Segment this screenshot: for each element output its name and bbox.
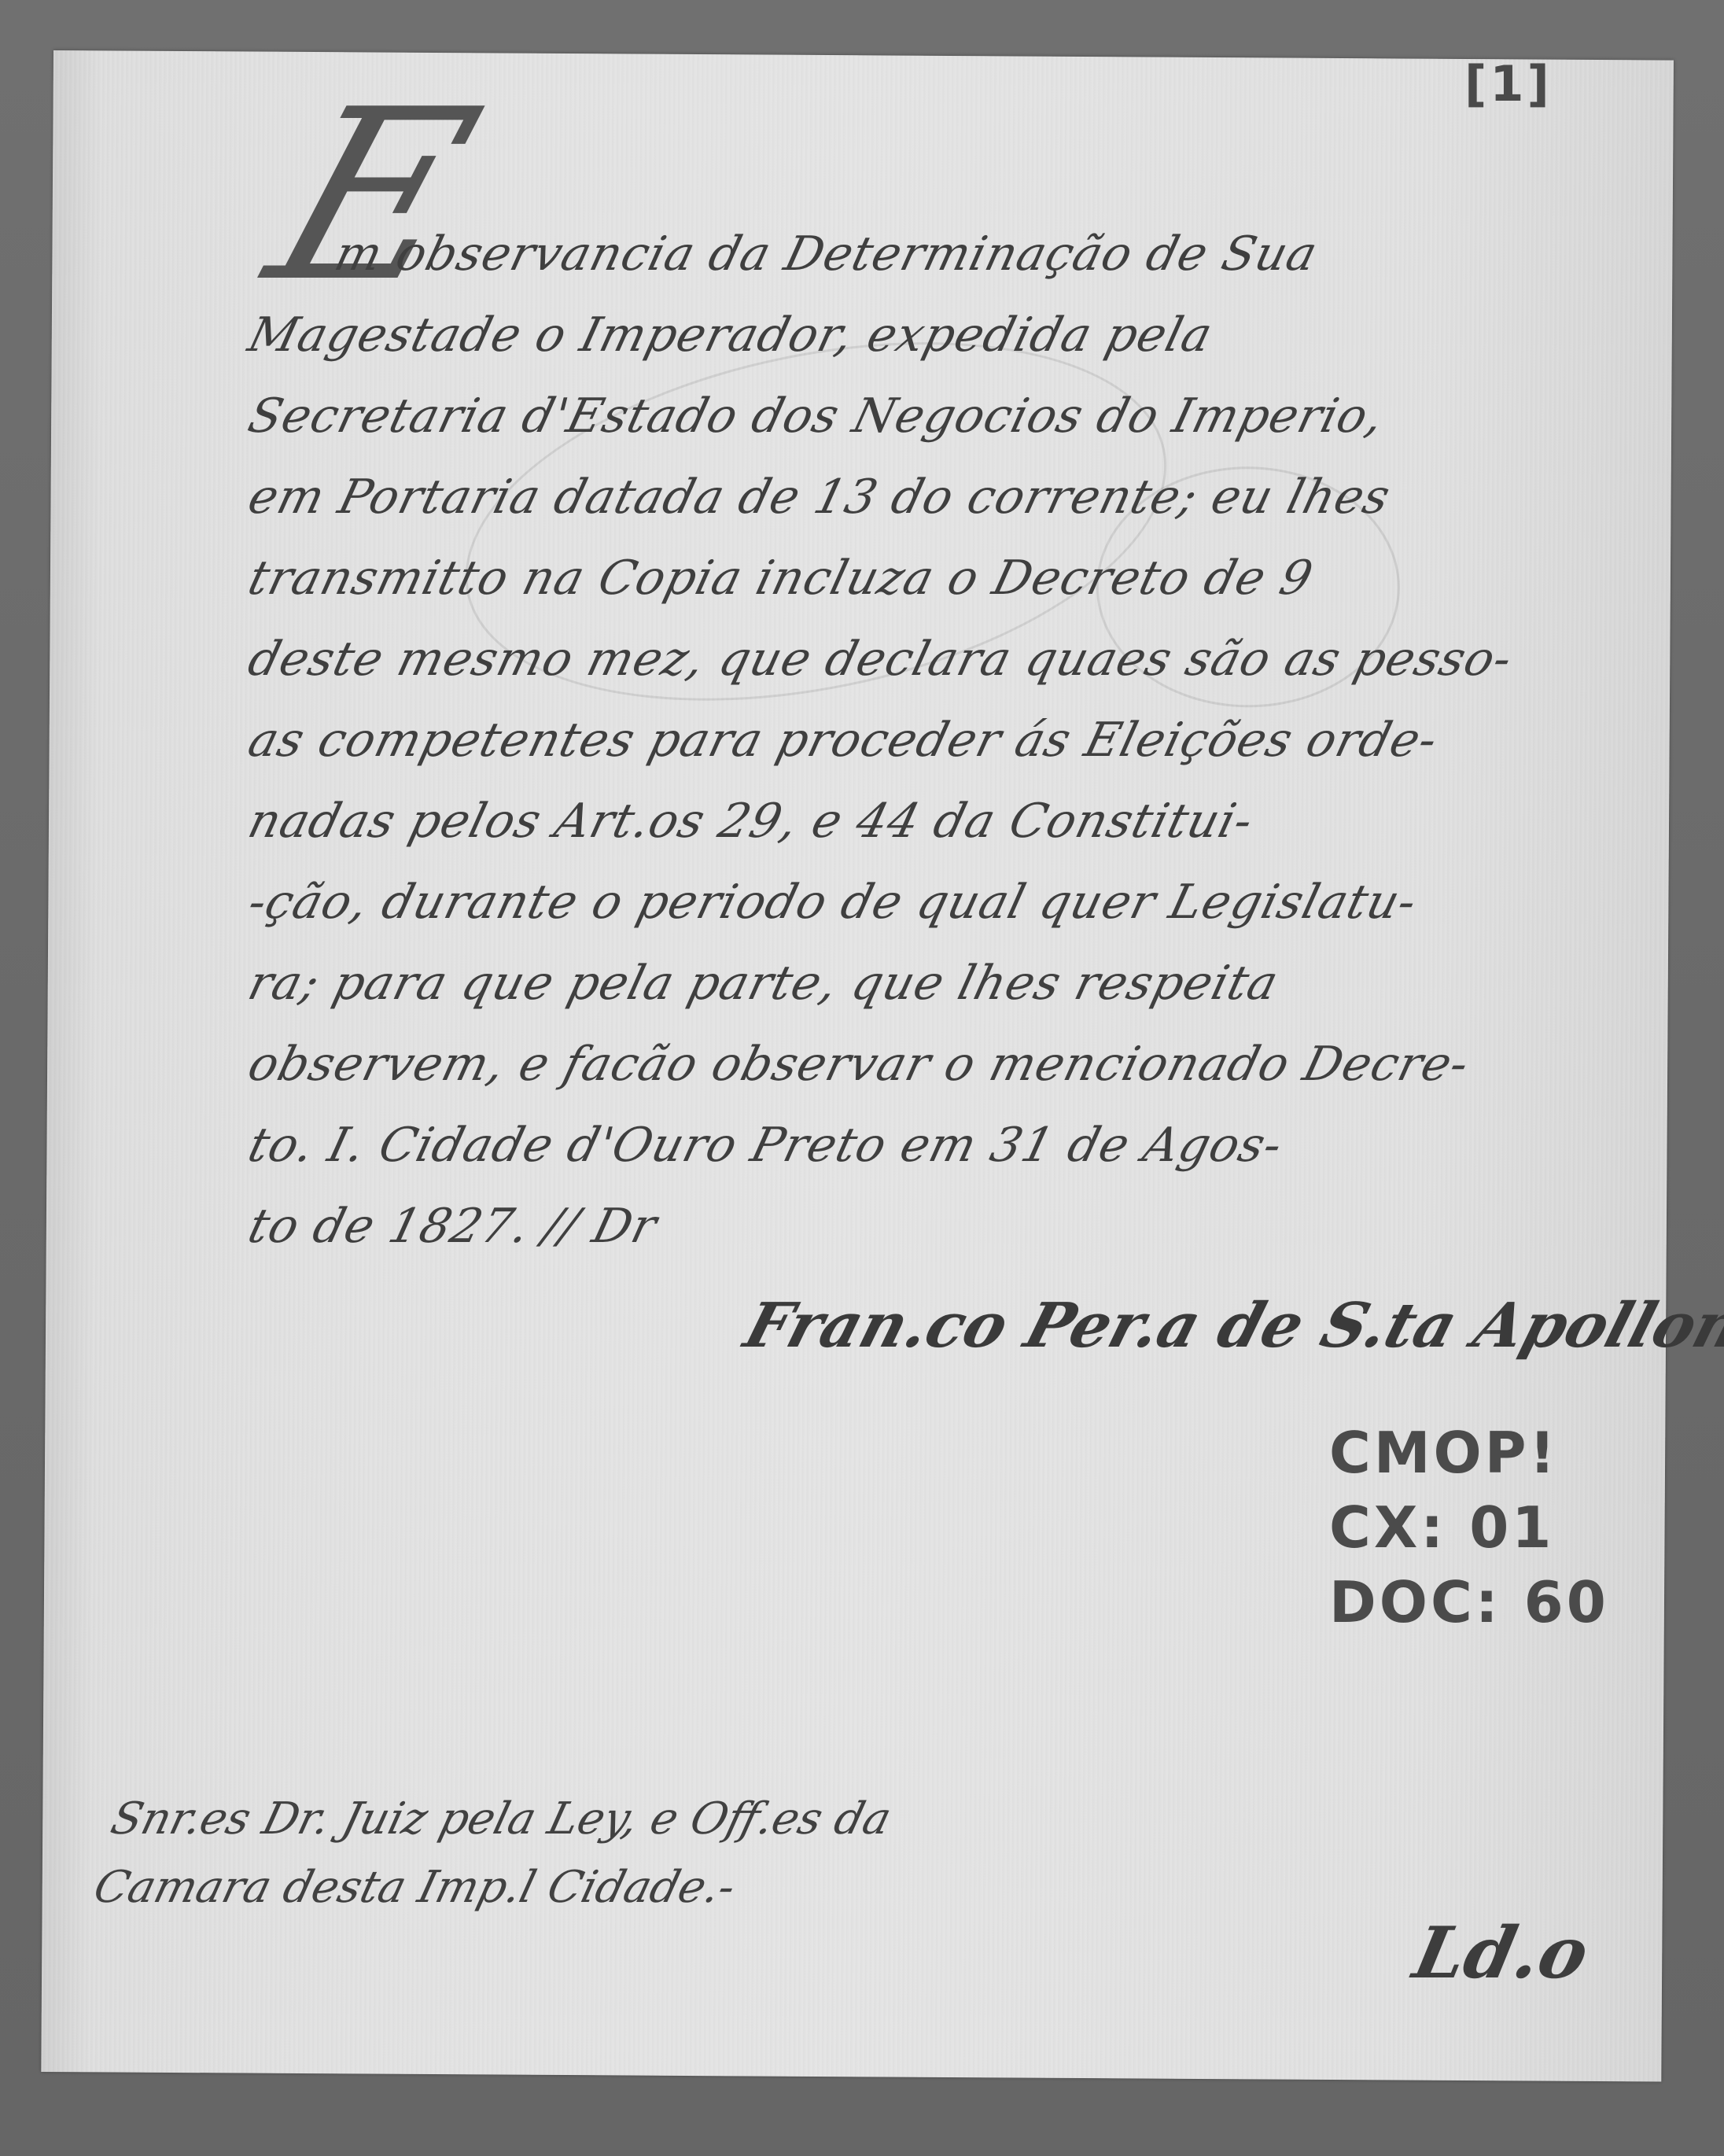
body-line: ra; para que pela parte, que lhes respei… xyxy=(244,926,1696,1007)
addressee-block: Snr.es Dr. Juiz pela Ley, e Off.es da Ca… xyxy=(87,1786,898,1922)
body-line: transmitto na Copia incluza o Decreto de… xyxy=(244,521,1696,602)
body-line: em Portaria datada de 13 do corrente; eu… xyxy=(244,440,1696,521)
body-line: deste mesmo mez, que declara quaes são a… xyxy=(244,602,1696,683)
addressee-line: Snr.es Dr. Juiz pela Ley, e Off.es da xyxy=(104,1786,898,1854)
archive-box: CX: 01 xyxy=(1329,1491,1609,1565)
archive-doc-number: DOC: 60 xyxy=(1329,1565,1609,1640)
body-line: observem, e facão observar o mencionado … xyxy=(244,1007,1696,1088)
body-line: -ção, durante o periodo de qual quer Leg… xyxy=(244,845,1696,926)
body-line: nadas pelos Art.os 29, e 44 da Constitui… xyxy=(244,764,1696,845)
signature: Fran.co Per.a de S.ta Apollonia xyxy=(737,1290,1724,1362)
letter-body: m observancia da Determinação de Sua Mag… xyxy=(244,197,1675,1250)
body-line: as competentes para proceder ás Eleições… xyxy=(244,683,1696,764)
body-line: Secretaria d'Estado dos Negocios do Impe… xyxy=(244,359,1696,440)
body-line: m observancia da Determinação de Sua xyxy=(244,197,1696,278)
body-line: Magestade o Imperador, expedida pela xyxy=(244,278,1696,359)
archive-reference: CMOP! CX: 01 DOC: 60 xyxy=(1329,1416,1609,1640)
body-line: to. I. Cidade d'Ouro Preto em 31 de Agos… xyxy=(244,1088,1696,1169)
addressee-line: Camara desta Imp.l Cidade.- xyxy=(87,1854,881,1922)
body-line: to de 1827. // Dr xyxy=(244,1169,1696,1250)
folio-number: [1] xyxy=(1464,55,1553,112)
archive-collection: CMOP! xyxy=(1329,1416,1609,1491)
registered-mark: Ld.o xyxy=(1407,1911,1596,1995)
